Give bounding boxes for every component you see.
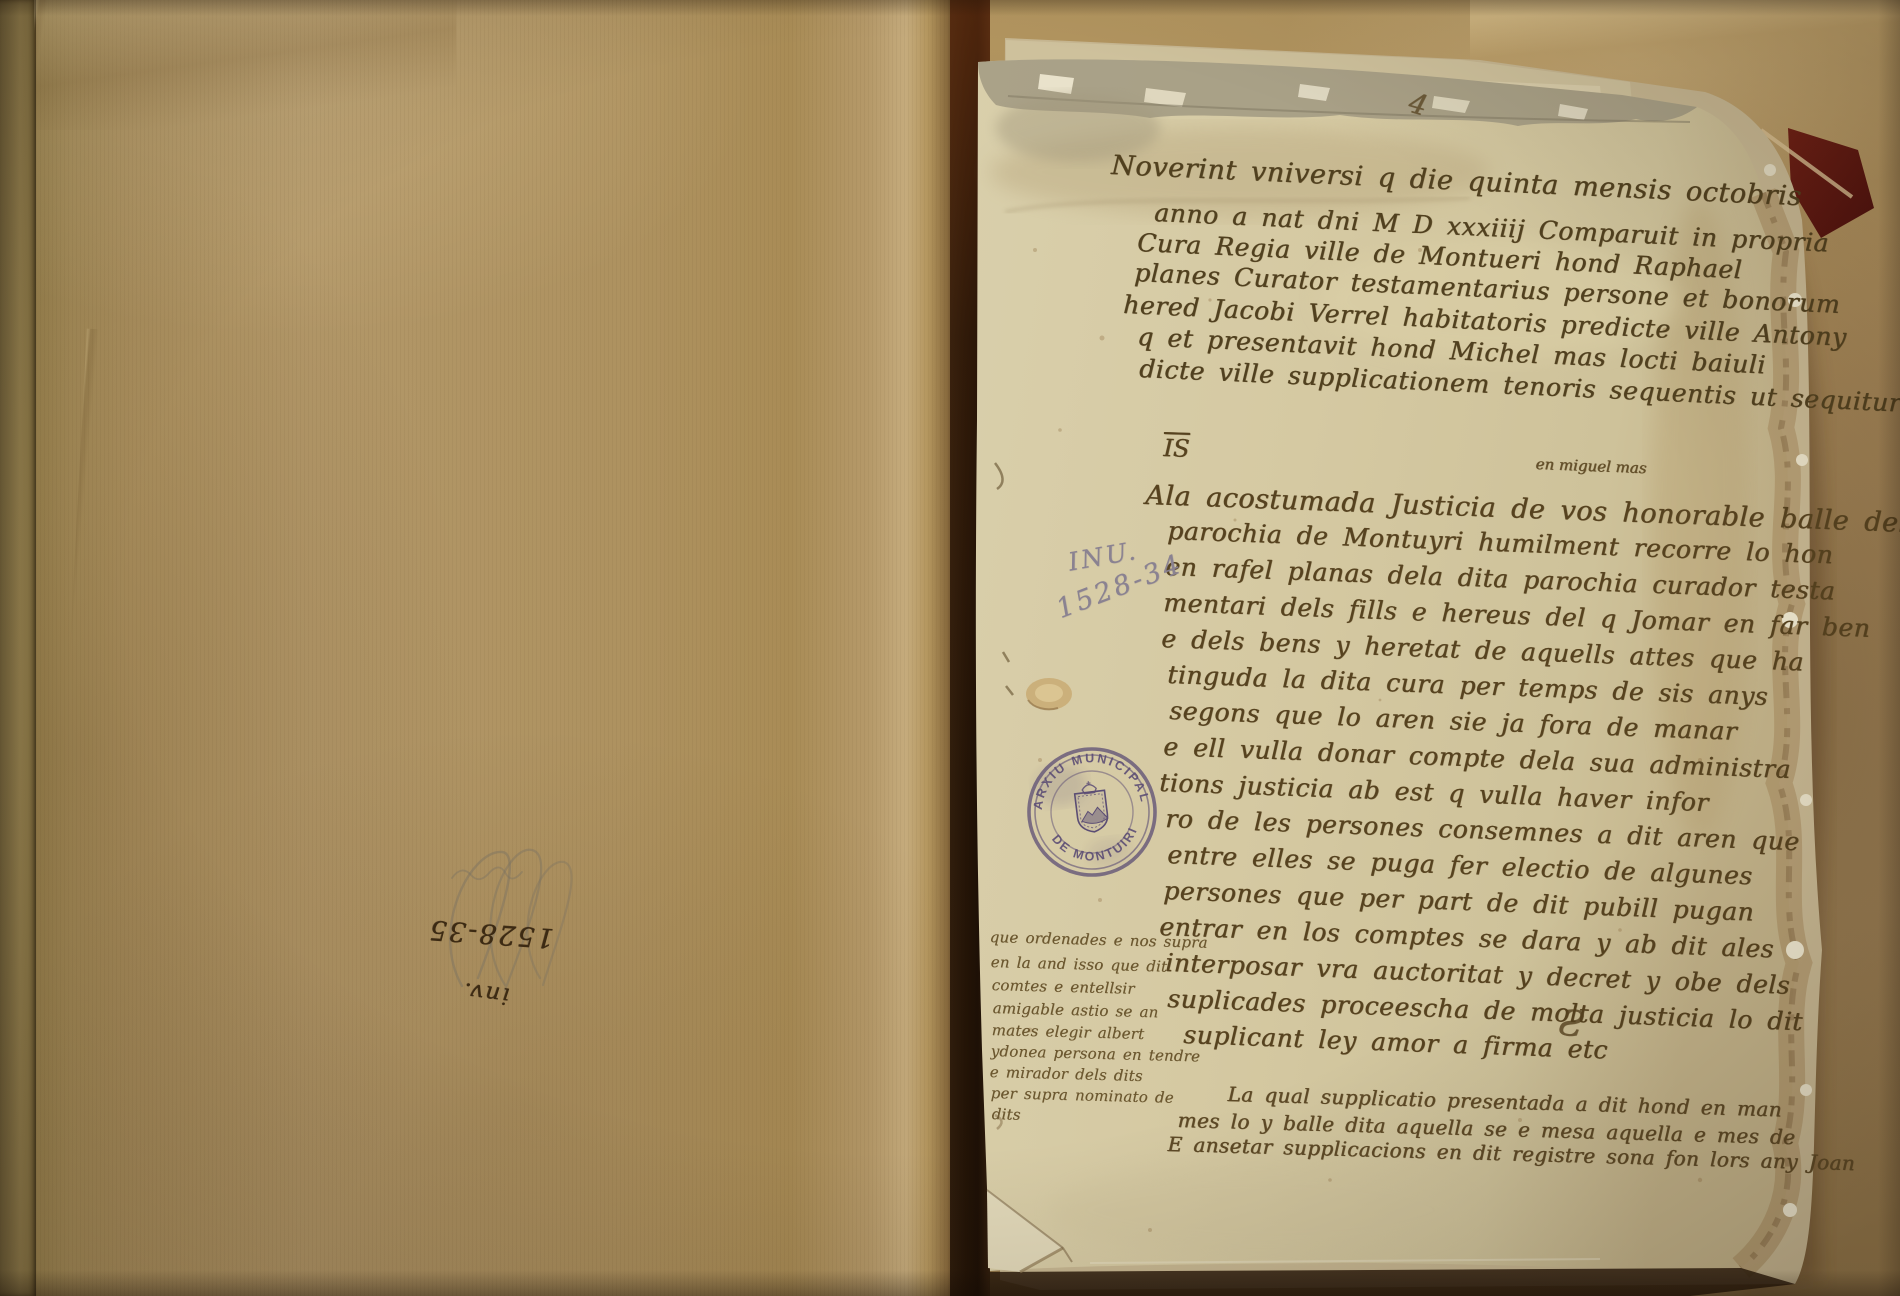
margin-note-line: dits: [992, 1105, 1021, 1124]
margin-note-line: amigable astio se an: [993, 999, 1159, 1021]
folder-inv-note: inv.: [461, 977, 512, 1009]
margin-note-line: en la and isso que dit: [991, 953, 1168, 976]
margin-note-line: comtes e entellsir: [992, 976, 1135, 998]
paragraph-mark: IS: [1163, 434, 1190, 463]
margin-note-line: mates elegir albert: [992, 1021, 1145, 1043]
right-margin-note: en miguel mas: [1535, 455, 1647, 477]
margin-note-line: per supra nominato de: [991, 1084, 1175, 1107]
manuscript-text: Noverint vniversi q die quinta mensis oc…: [0, 0, 1900, 1296]
foliation-mark: 4: [1405, 86, 1431, 123]
margin-note-line: ydonea persona en tendre: [991, 1042, 1201, 1065]
margin-note-line: e mirador dels dits: [990, 1063, 1143, 1085]
archive-folder-photo: ARXIU MUNICIPAL DE MONTUIRI Noverint vni…: [0, 0, 1900, 1296]
folder-year-note: 1528-35: [427, 914, 555, 954]
